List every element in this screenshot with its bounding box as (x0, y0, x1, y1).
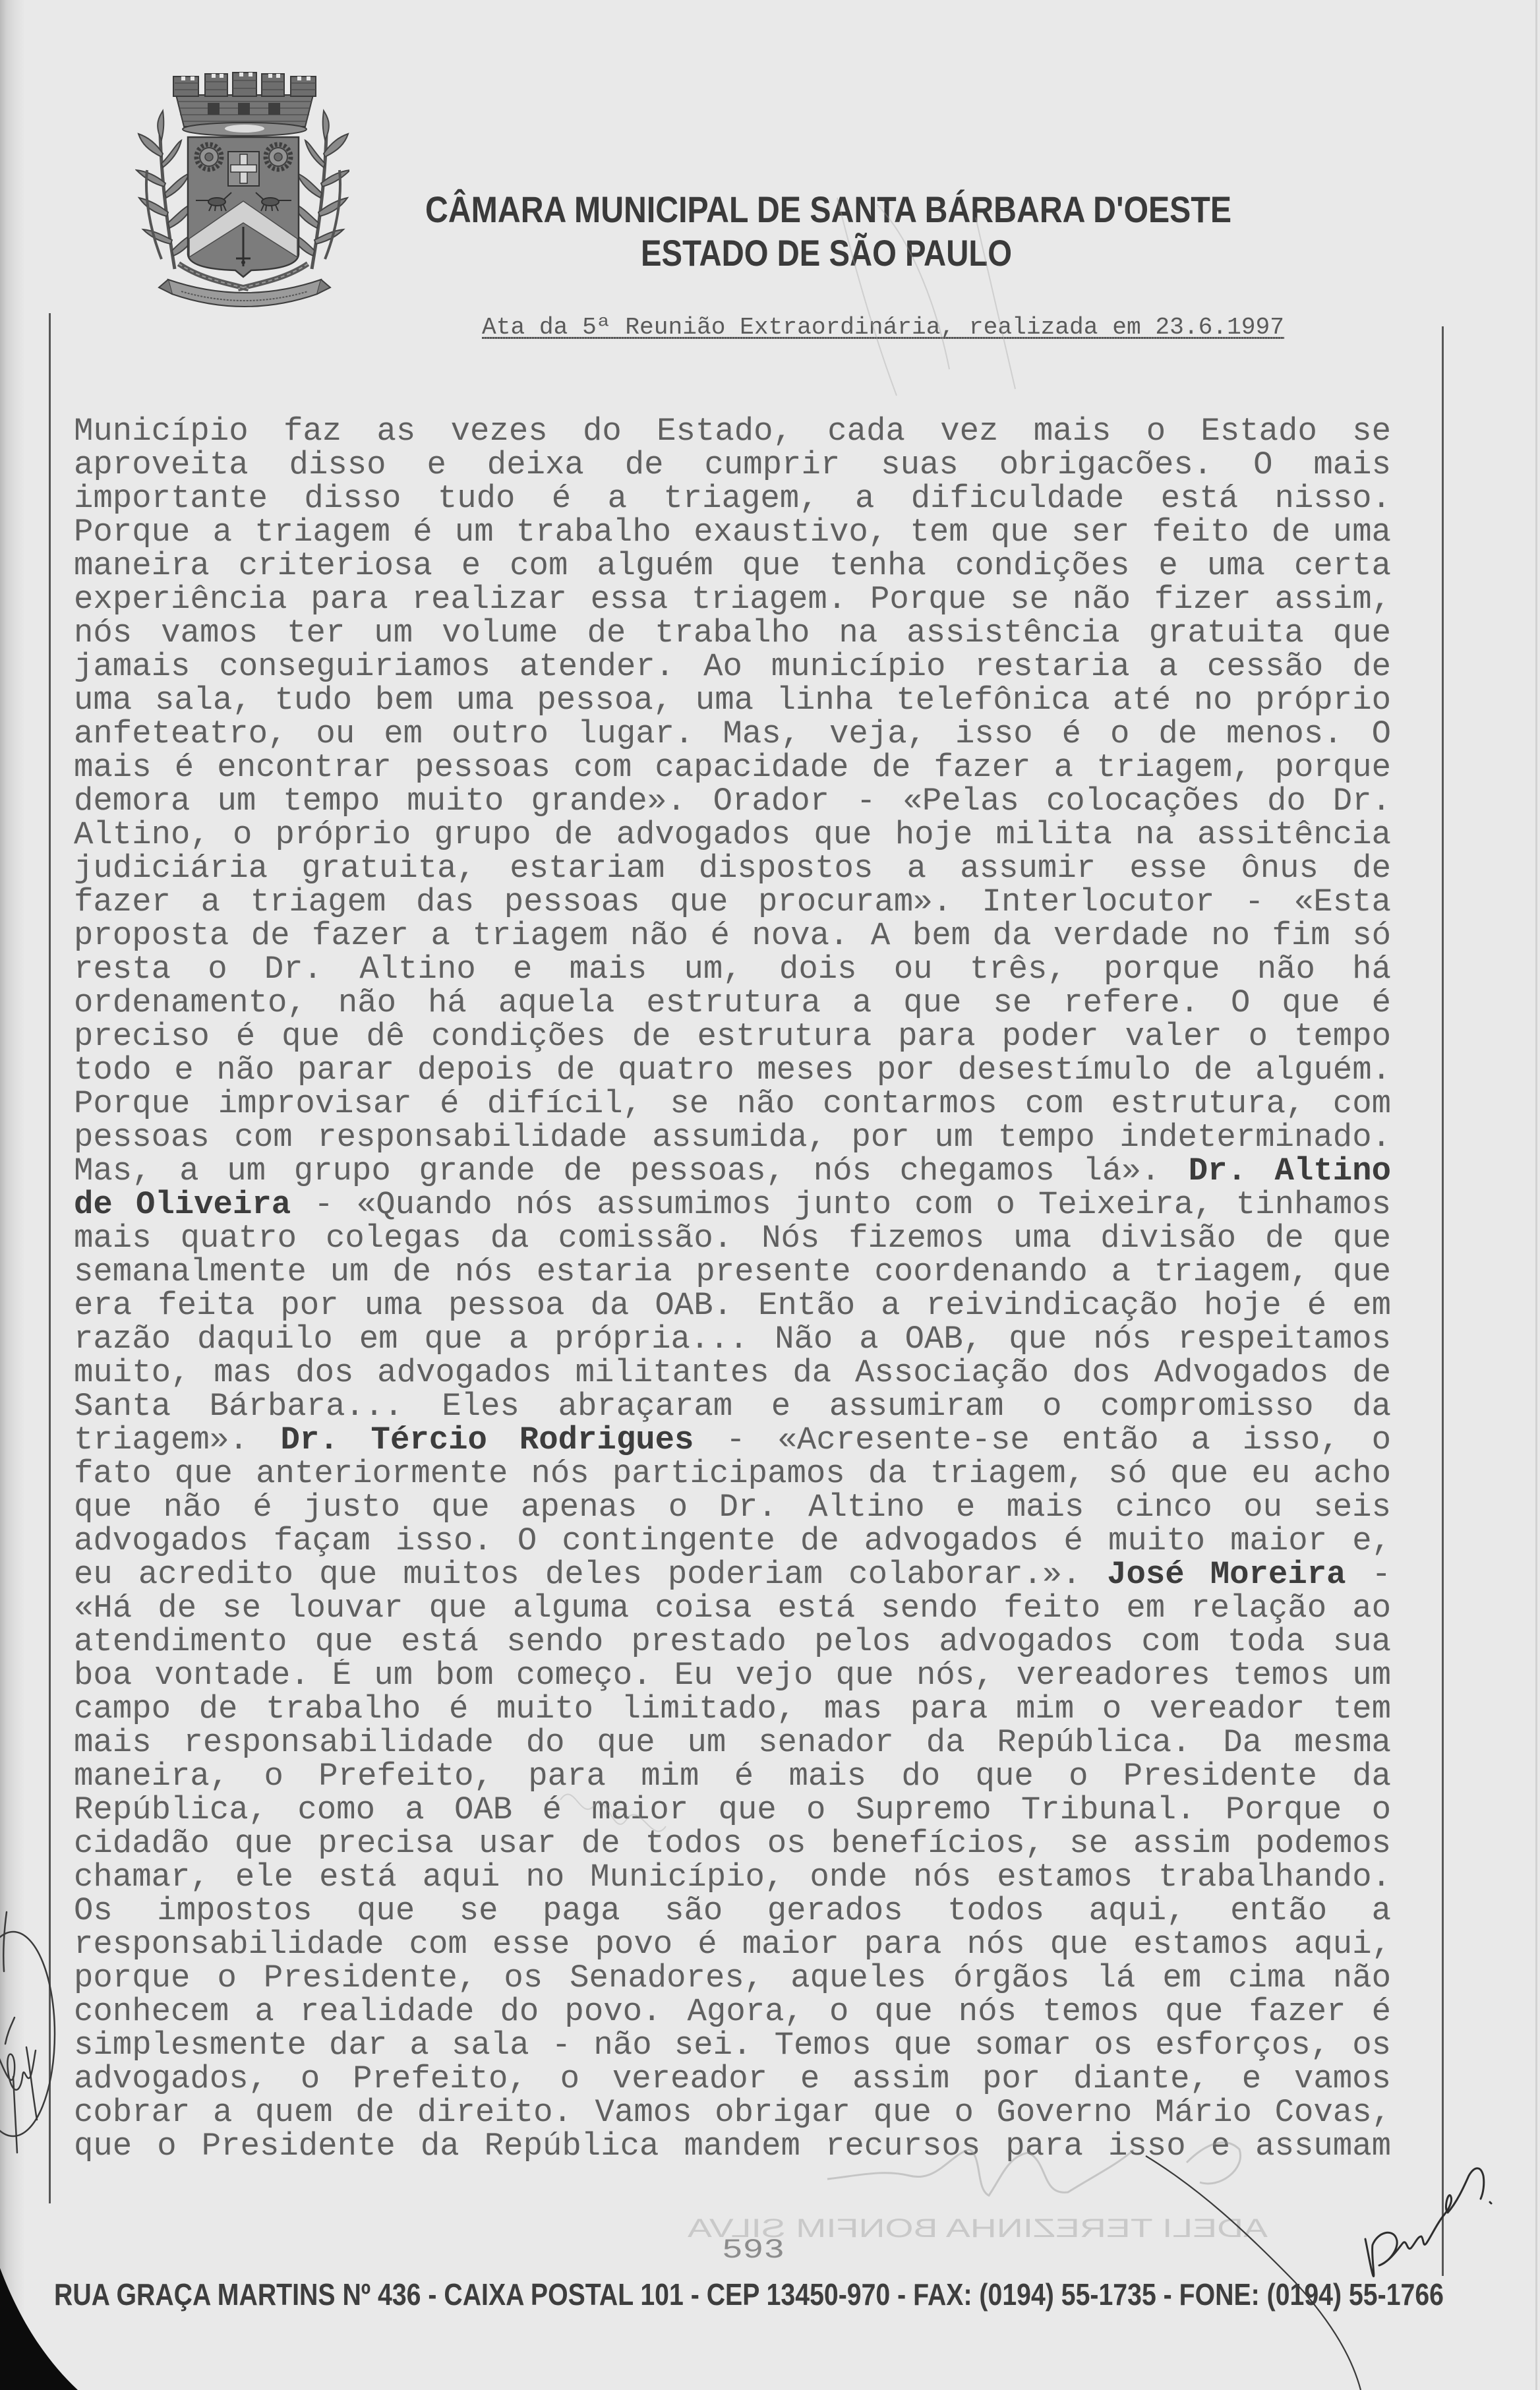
left-margin-rule (49, 313, 51, 2203)
shield-icon (188, 137, 299, 277)
body-line: mais responsabilidade do que um senador … (74, 1726, 1391, 1760)
speaker-name: Dr. Altino (1189, 1154, 1391, 1188)
body-line: proposta de fazer a triagem não é nova. … (74, 919, 1391, 953)
body-line: fazer a triagem das pessoas que procuram… (74, 885, 1391, 919)
body-line: boa vontade. É um bom começo. Eu vejo qu… (74, 1659, 1391, 1692)
body-line: que não é justo que apenas o Dr. Altino … (74, 1491, 1391, 1524)
body-line: chamar, ele está aqui no Município, onde… (74, 1861, 1391, 1894)
body-line: que o Presidente da República mandem rec… (74, 2130, 1391, 2163)
body-line: campo de trabalho é muito limitado, mas … (74, 1692, 1391, 1726)
body-line: eu acredito que muitos deles poderiam co… (74, 1558, 1391, 1592)
body-line: conhecem a realidade do povo. Agora, o q… (74, 1995, 1391, 2029)
body-line: Santa Bárbara... Eles abraçaram e assumi… (74, 1390, 1391, 1423)
page-number: 593 (722, 2236, 785, 2264)
body-line-text: eu acredito que muitos deles poderiam co… (74, 1558, 1107, 1592)
body-line: ordenamento, não há aquela estrutura a q… (74, 986, 1391, 1020)
body-line: advogados façam isso. O contingente de a… (74, 1524, 1391, 1558)
body-line: demora um tempo muito grande». Orador - … (74, 785, 1391, 818)
body-line: fato que anteriormente nós participamos … (74, 1457, 1391, 1491)
body-line: «Há de se louvar que alguma coisa está s… (74, 1592, 1391, 1625)
document-heading: Ata da 5ª Reunião Extraordinária, realiz… (482, 316, 1284, 340)
body-line: República, como a OAB é maior que o Supr… (74, 1793, 1391, 1827)
header-title: CÂMARA MUNICIPAL DE SANTA BÁRBARA D'OEST… (425, 191, 1231, 228)
body-line: cobrar a quem de direito. Vamos obrigar … (74, 2096, 1391, 2130)
body-line: simplesmente dar a sala - não sei. Temos… (74, 2029, 1391, 2062)
body-line: uma sala, tudo bem uma pessoa, uma linha… (74, 684, 1391, 717)
body-line: resta o Dr. Altino e mais um, dois ou tr… (74, 953, 1391, 986)
scan-edge-line (1535, 0, 1537, 2390)
body-line: judiciária gratuita, estariam dispostos … (74, 852, 1391, 885)
body-line: mais é encontrar pessoas com capacidade … (74, 751, 1391, 785)
body-line: Os impostos que se paga são gerados todo… (74, 1894, 1391, 1928)
cross-icon (228, 152, 259, 186)
body-line: advogados, o Prefeito, o vereador e assi… (74, 2062, 1391, 2096)
scan-edge-shadow (0, 0, 25, 2390)
speaker-name: de Oliveira (74, 1188, 291, 1222)
body-line: aproveita disso e deixa de cumprir suas … (74, 448, 1391, 482)
mural-crown-icon (173, 73, 316, 136)
body-line: maneira, o Prefeito, para mim é mais do … (74, 1760, 1391, 1793)
body-line-text: - (1346, 1558, 1391, 1592)
body-line-text: - «Quando nós assumimos junto com o Teix… (291, 1188, 1391, 1222)
coat-of-arms-icon (135, 71, 349, 310)
body-line: todo e não parar depois de quatro meses … (74, 1054, 1391, 1087)
right-margin-rule (1442, 326, 1444, 2276)
body-line: jamais conseguiriamos atender. Ao municí… (74, 650, 1391, 684)
body-line: maneira criteriosa e com alguém que tenh… (74, 549, 1391, 583)
body-line: experiência para realizar essa triagem. … (74, 583, 1391, 616)
signature-right-icon (1365, 2168, 1491, 2277)
body-line: nós vamos ter um volume de trabalho na a… (74, 616, 1391, 650)
body-line: triagem». Dr. Tércio Rodrigues - «Acrese… (74, 1423, 1391, 1457)
body-line-text: - «Acresente-se então a isso, o (694, 1423, 1391, 1457)
speaker-name: José Moreira (1107, 1558, 1346, 1592)
footer-address: RUA GRAÇA MARTINS Nº 436 - CAIXA POSTAL … (54, 2279, 1444, 2310)
body-line: semanalmente um de nós estaria presente … (74, 1255, 1391, 1289)
body-line: Porque improvisar é difícil, se não cont… (74, 1087, 1391, 1121)
body-line-text: triagem». (74, 1423, 280, 1457)
body-line: cidadão que precisa usar de todos os ben… (74, 1827, 1391, 1861)
body-line: anfeteatro, ou em outro lugar. Mas, veja… (74, 717, 1391, 751)
body-line: preciso é que dê condições de estrutura … (74, 1020, 1391, 1054)
body-line: Município faz as vezes do Estado, cada v… (74, 415, 1391, 448)
body-line: importante disso tudo é a triagem, a dif… (74, 482, 1391, 516)
body-line: Porque a triagem é um trabalho exaustivo… (74, 516, 1391, 549)
heading-underline (482, 337, 1284, 339)
body-line: muito, mas dos advogados militantes da A… (74, 1356, 1391, 1390)
pen-stroke (1146, 2156, 1361, 2390)
header-subtitle: ESTADO DE SÃO PAULO (641, 235, 1012, 272)
body-line: responsabilidade com esse povo é maior p… (74, 1928, 1391, 1961)
sugarcane-right-icon (292, 111, 349, 269)
body-line: mais quatro colegas da comissão. Nós fiz… (74, 1222, 1391, 1255)
body-text: Município faz as vezes do Estado, cada v… (74, 415, 1391, 2163)
sugarcane-left-icon (136, 111, 194, 269)
body-line: Mas, a um grupo grande de pessoas, nós c… (74, 1154, 1391, 1188)
body-line: porque o Presidente, os Senadores, aquel… (74, 1961, 1391, 1995)
scanned-document-page: CÂMARA MUNICIPAL DE SANTA BÁRBARA D'OEST… (0, 0, 1540, 2390)
body-line: atendimento que está sendo prestado pelo… (74, 1625, 1391, 1659)
speaker-name: Dr. Tércio Rodrigues (280, 1423, 694, 1457)
body-line: razão daquilo em que a própria... Não a … (74, 1323, 1391, 1356)
body-line-text: Mas, a um grupo grande de pessoas, nós c… (74, 1154, 1189, 1188)
body-line: de Oliveira - «Quando nós assumimos junt… (74, 1188, 1391, 1222)
body-line: Altino, o próprio grupo de advogados que… (74, 818, 1391, 852)
body-line: pessoas com responsabilidade assumida, p… (74, 1121, 1391, 1154)
body-line: era feita por uma pessoa da OAB. Então a… (74, 1289, 1391, 1323)
